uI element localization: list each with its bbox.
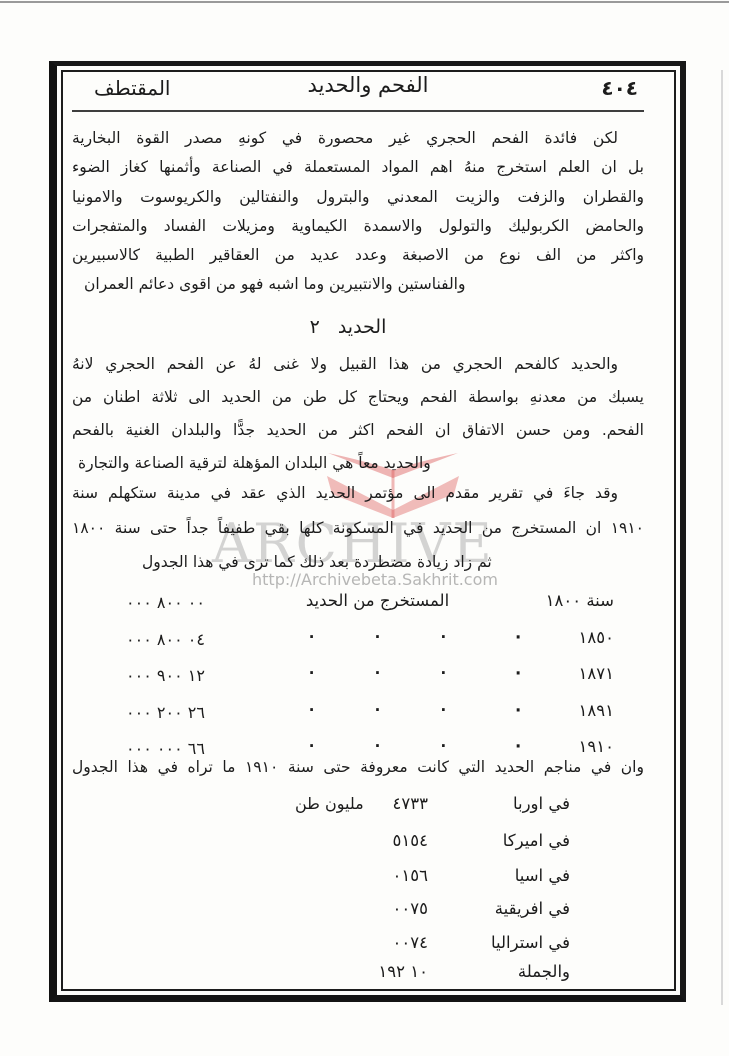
section-title: الحديد <box>338 316 387 338</box>
text-line: ثم زاد زيادة مضطردة بعد ذلك كما ترى في ه… <box>72 545 644 580</box>
paragraph-coal-benefits: لكن فائدة الفحم الحجري غير محصورة في كون… <box>72 124 644 300</box>
ditto-mark: · <box>515 664 521 683</box>
ditto-dots: · · · <box>300 701 455 719</box>
paragraph-iron-and-coal: والحديد كالفحم الحجري من هذا القبيل ولا … <box>72 348 644 480</box>
text-line: وقد جاءَ في تقرير مقدم الى مؤتمر الحديد … <box>72 476 644 511</box>
output-value: ٠٤ ٨٠٠ ٠٠٠ <box>126 630 221 649</box>
year-cell: · ١٨٥٠ <box>515 628 614 647</box>
region-label: في اميركا <box>478 831 570 850</box>
output-value: ١٢ ٩٠٠ ٠٠٠ <box>126 666 221 685</box>
mines-value: ١٠ ١٩٢ <box>350 962 428 981</box>
output-label: المستخرج من الحديد <box>300 591 455 610</box>
output-value: ٢٦ ٢٠٠ ٠٠٠ <box>126 703 221 722</box>
text-line: لكن فائدة الفحم الحجري غير محصورة في كون… <box>72 124 644 153</box>
year-value: ١٨٧١ <box>579 664 614 683</box>
text-line: بل ان العلم استخرج منهُ اهم المواد المست… <box>72 153 644 182</box>
paragraph-mines-intro: وان في مناجم الحديد التي كانت معروفة حتى… <box>72 752 644 782</box>
text-line: الفحم. ومن حسن الاتفاق ان الفحم اكثر من … <box>72 414 644 447</box>
text-line: والفناستين والانتبيرين وما اشبه فهو من ا… <box>72 270 644 299</box>
header-rule <box>72 110 644 112</box>
output-value: ٠٠ ٨٠٠ ٠٠٠ <box>126 593 221 612</box>
ditto-dots: · · · <box>300 628 455 646</box>
article-title: الفحم والحديد <box>268 73 468 97</box>
text-line: ١٩١٠ ان المستخرج من الحديد في المسكونة ك… <box>72 511 644 546</box>
text-line: والقطران والزفت والزيت المعدني والبترول … <box>72 183 644 212</box>
iron-output-table: ٠٠ ٨٠٠ ٠٠٠ المستخرج من الحديد سنة ١٨٠٠ ٠… <box>72 588 644 771</box>
table-row: في استراليا ٠٠٧٤ <box>72 933 644 961</box>
text-line: والحديد كالفحم الحجري من هذا القبيل ولا … <box>72 348 644 381</box>
region-label: والجملة <box>478 962 570 981</box>
mines-value: ٥١٥٤ <box>350 831 428 850</box>
magazine-name: المقتطف <box>94 76 184 100</box>
region-label: في استراليا <box>478 933 570 952</box>
table-row: في اسيا ٠١٥٦ <box>72 866 644 894</box>
region-label: في اسيا <box>478 866 570 885</box>
section-heading-iron: ٢ الحديد <box>62 316 634 338</box>
table-row: ٠٠ ٨٠٠ ٠٠٠ المستخرج من الحديد سنة ١٨٠٠ <box>72 588 644 625</box>
page-number: ٤٠٤ <box>594 76 638 100</box>
year-cell: سنة ١٨٠٠ <box>515 591 614 610</box>
table-row: والجملة ١٠ ١٩٢ <box>72 962 644 990</box>
year-value: ١٨٩١ <box>579 701 614 720</box>
year-value: سنة ١٨٠٠ <box>546 591 614 610</box>
page-content: ٤٠٤ الفحم والحديد المقتطف لكن فائدة الفح… <box>0 0 729 1056</box>
region-label: في افريقية <box>478 899 570 918</box>
text-line: والحامض الكربوليك والتولول والاسمدة الكي… <box>72 212 644 241</box>
text-line: يسبك من معدنهِ بواسطة الفحم ويحتاج كل طن… <box>72 381 644 414</box>
mines-value: ٠٠٧٤ <box>350 933 428 952</box>
table-row: ٢٦ ٢٠٠ ٠٠٠ · · · · ١٨٩١ <box>72 698 644 735</box>
paragraph-stockholm-report: وقد جاءَ في تقرير مقدم الى مؤتمر الحديد … <box>72 476 644 580</box>
region-label: في اوربا <box>478 794 570 813</box>
ditto-dots: · · · <box>300 664 455 682</box>
table-row: في افريقية ٠٠٧٥ <box>72 899 644 927</box>
table-row: في اوربا ٤٧٣٣ مليون طن <box>72 794 644 822</box>
unit-label: مليون طن <box>295 794 377 813</box>
ditto-mark: · <box>515 628 521 647</box>
section-number: ٢ <box>310 316 320 338</box>
table-row: ٠٤ ٨٠٠ ٠٠٠ · · · · ١٨٥٠ <box>72 625 644 662</box>
mines-value: ٠١٥٦ <box>350 866 428 885</box>
year-cell: · ١٨٩١ <box>515 701 614 720</box>
mines-value: ٠٠٧٥ <box>350 899 428 918</box>
year-cell: · ١٨٧١ <box>515 664 614 683</box>
table-row: ١٢ ٩٠٠ ٠٠٠ · · · · ١٨٧١ <box>72 661 644 698</box>
text-line: واكثر من الف نوع من الاصبغة وعدد عديد من… <box>72 241 644 270</box>
year-value: ١٨٥٠ <box>579 628 614 647</box>
scanned-magazine-page: ARCHIVE http://Archivebeta.Sakhrit.com ٤… <box>0 0 729 1056</box>
text-line: وان في مناجم الحديد التي كانت معروفة حتى… <box>72 752 644 782</box>
table-row: في اميركا ٥١٥٤ <box>72 831 644 859</box>
ditto-mark: · <box>515 701 521 720</box>
